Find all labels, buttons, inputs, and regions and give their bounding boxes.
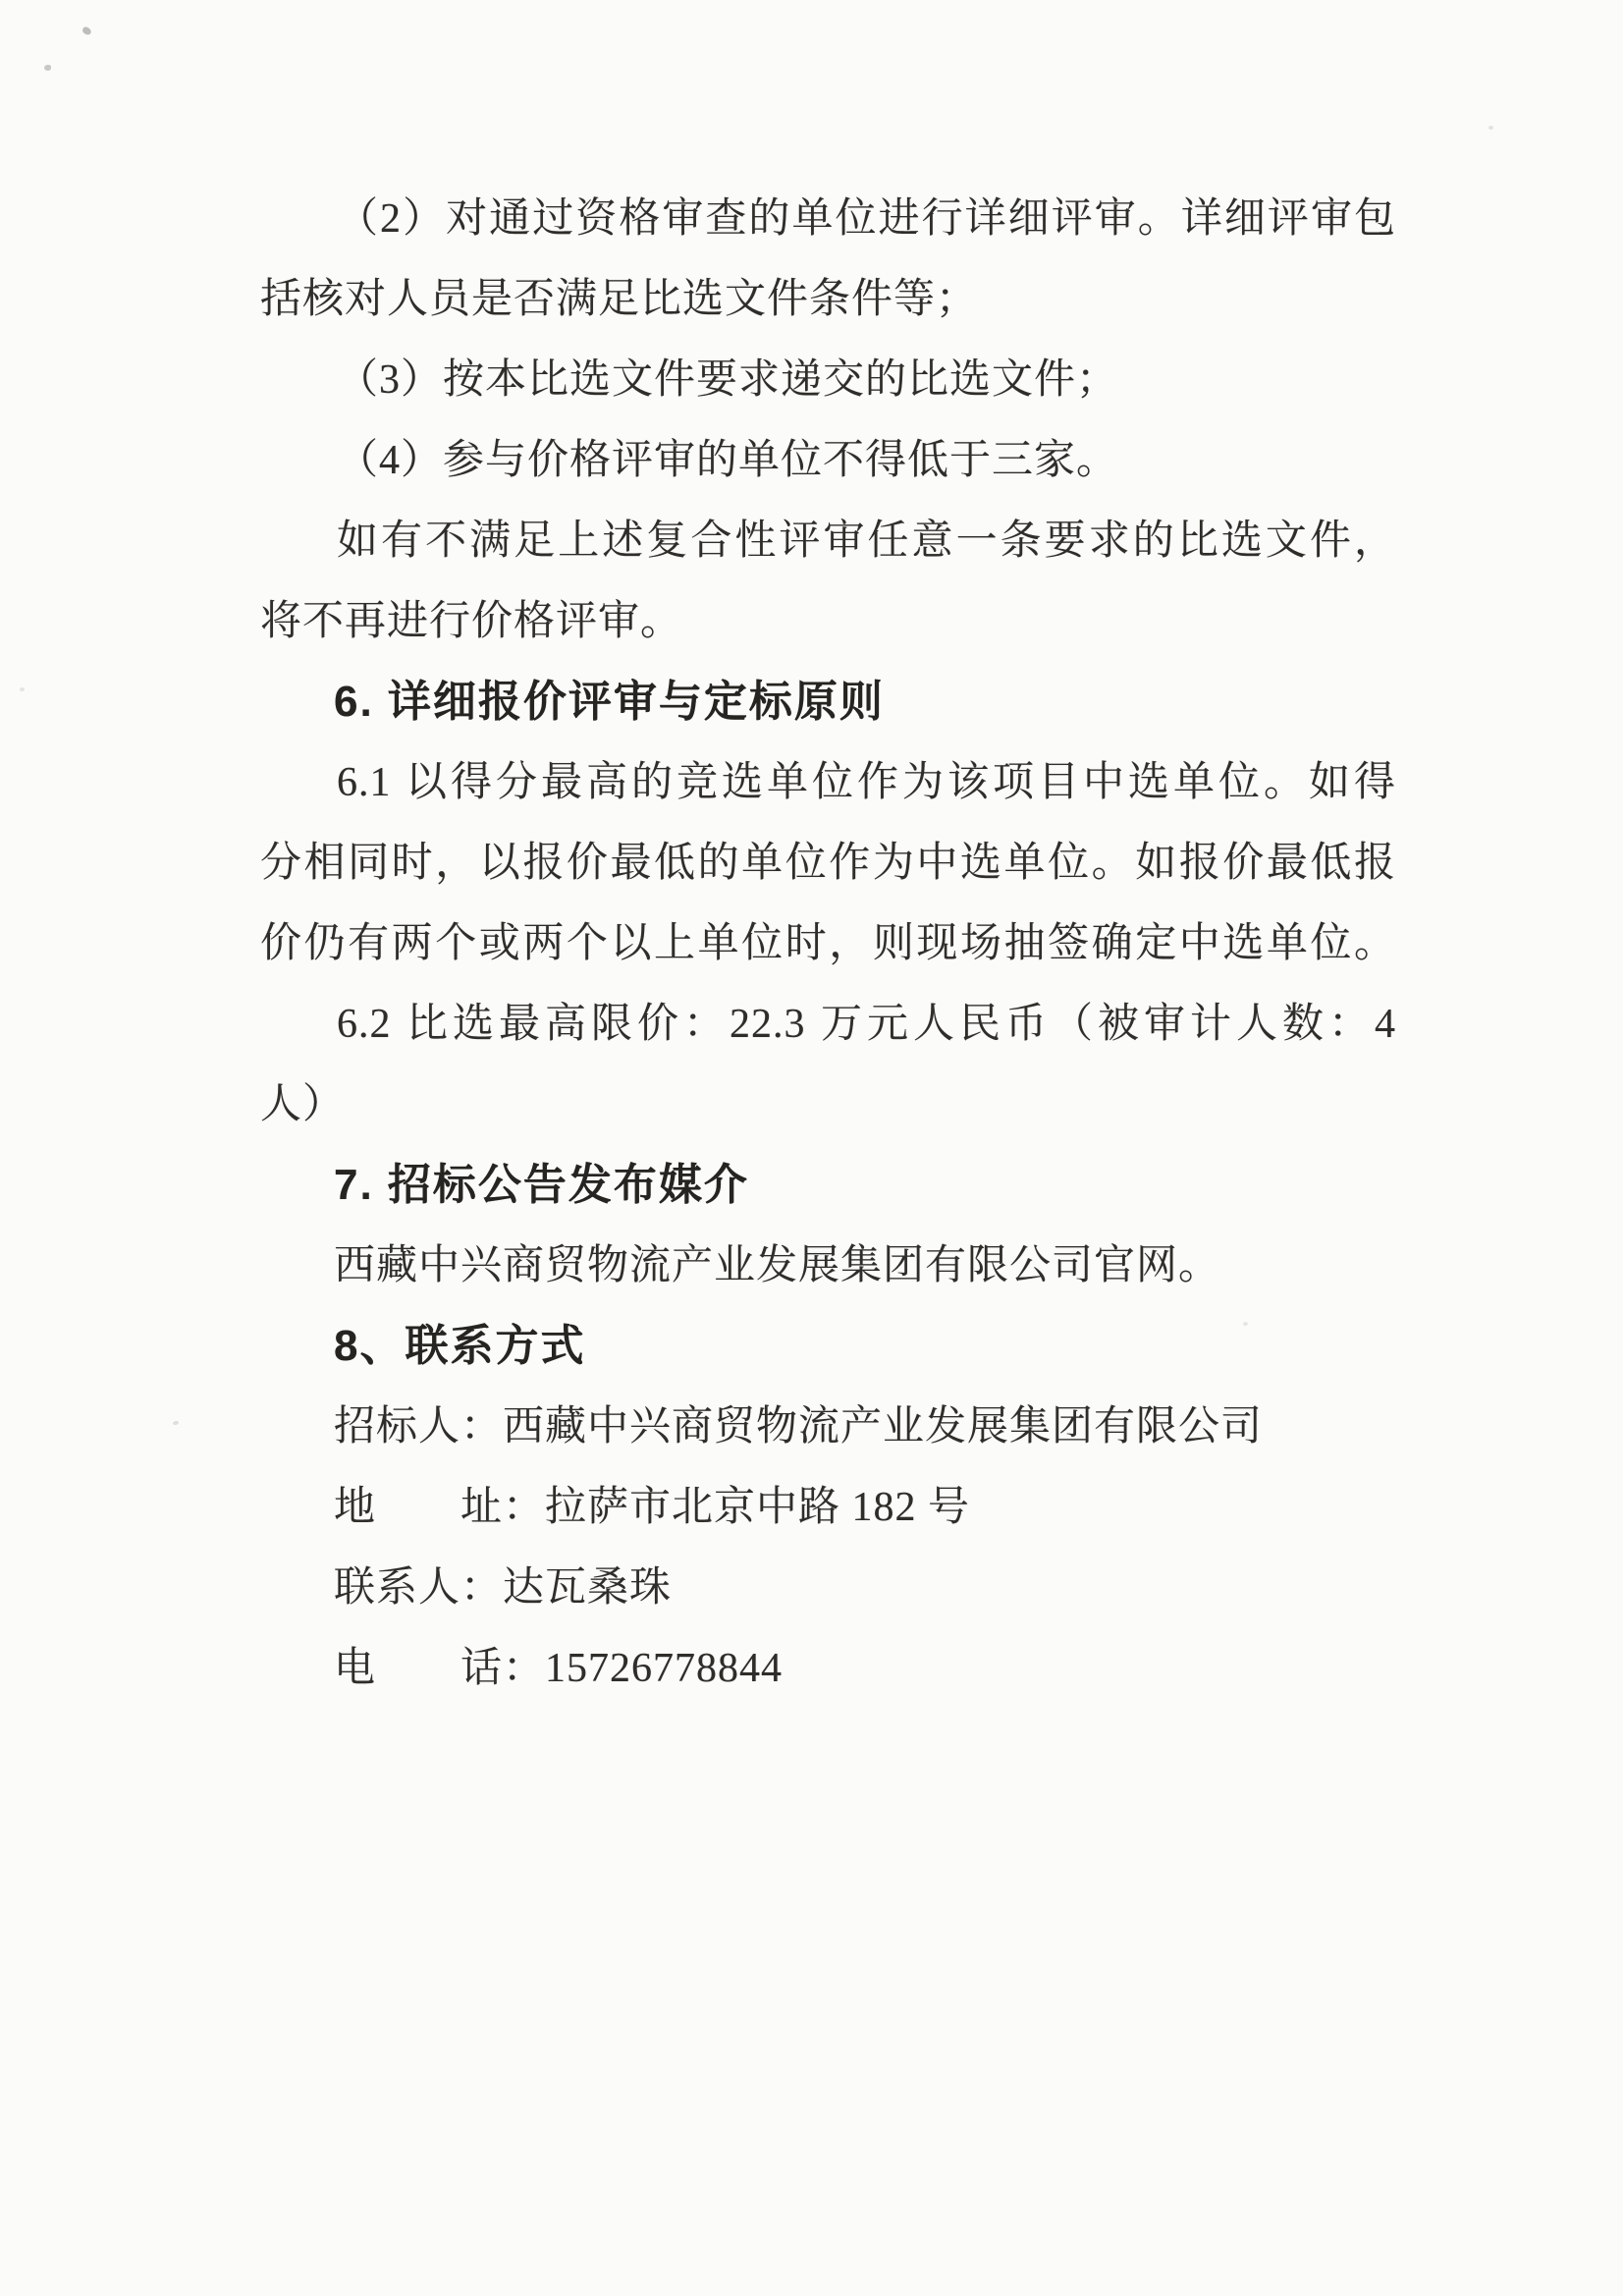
section-6-heading: 6. 详细报价评审与定标原则 bbox=[260, 662, 1396, 742]
clause-4-line: （4）参与价格评审的单位不得低于三家。 bbox=[260, 420, 1396, 501]
scan-speck bbox=[81, 26, 92, 35]
section-7-body: 西藏中兴商贸物流产业发展集团有限公司官网。 bbox=[260, 1226, 1396, 1306]
contact-person-line: 联系人：达瓦桑珠 bbox=[260, 1548, 1396, 1628]
section-8-heading: 8、联系方式 bbox=[260, 1306, 1396, 1387]
contact-phone-line: 电 话：15726778844 bbox=[260, 1628, 1396, 1709]
clause-3-line: （3）按本比选文件要求递交的比选文件； bbox=[260, 340, 1396, 420]
scan-speck bbox=[1488, 126, 1493, 130]
clause-2-line-1: （2）对通过资格审查的单位进行详细评审。详细评审包 bbox=[260, 179, 1396, 259]
clause-6-1-line-2: 分相同时，以报价最低的单位作为中选单位。如报价最低报 bbox=[260, 823, 1396, 903]
section-7-heading: 7. 招标公告发布媒介 bbox=[260, 1145, 1396, 1226]
scan-speck bbox=[173, 1420, 180, 1425]
note-line-1: 如有不满足上述复合性评审任意一条要求的比选文件， bbox=[260, 501, 1396, 581]
scan-speck bbox=[44, 65, 51, 71]
clause-6-1-line-1: 6.1 以得分最高的竞选单位作为该项目中选单位。如得 bbox=[260, 742, 1396, 823]
scan-speck bbox=[20, 687, 25, 691]
contact-address-line: 地 址：拉萨市北京中路 182 号 bbox=[260, 1467, 1396, 1548]
clause-6-2-line-1: 6.2 比选最高限价：22.3 万元人民币（被审计人数：4 bbox=[260, 984, 1396, 1065]
clause-6-2-line-2: 人） bbox=[260, 1065, 1396, 1145]
clause-6-1-line-3: 价仍有两个或两个以上单位时，则现场抽签确定中选单位。 bbox=[260, 903, 1396, 984]
scanned-document-page: （2）对通过资格审查的单位进行详细评审。详细评审包 括核对人员是否满足比选文件条… bbox=[0, 0, 1623, 2296]
document-text: （2）对通过资格审查的单位进行详细评审。详细评审包 括核对人员是否满足比选文件条… bbox=[260, 179, 1396, 1709]
clause-2-line-2: 括核对人员是否满足比选文件条件等； bbox=[260, 259, 1396, 340]
contact-bidder-line: 招标人：西藏中兴商贸物流产业发展集团有限公司 bbox=[260, 1387, 1396, 1467]
note-line-2: 将不再进行价格评审。 bbox=[260, 581, 1396, 662]
